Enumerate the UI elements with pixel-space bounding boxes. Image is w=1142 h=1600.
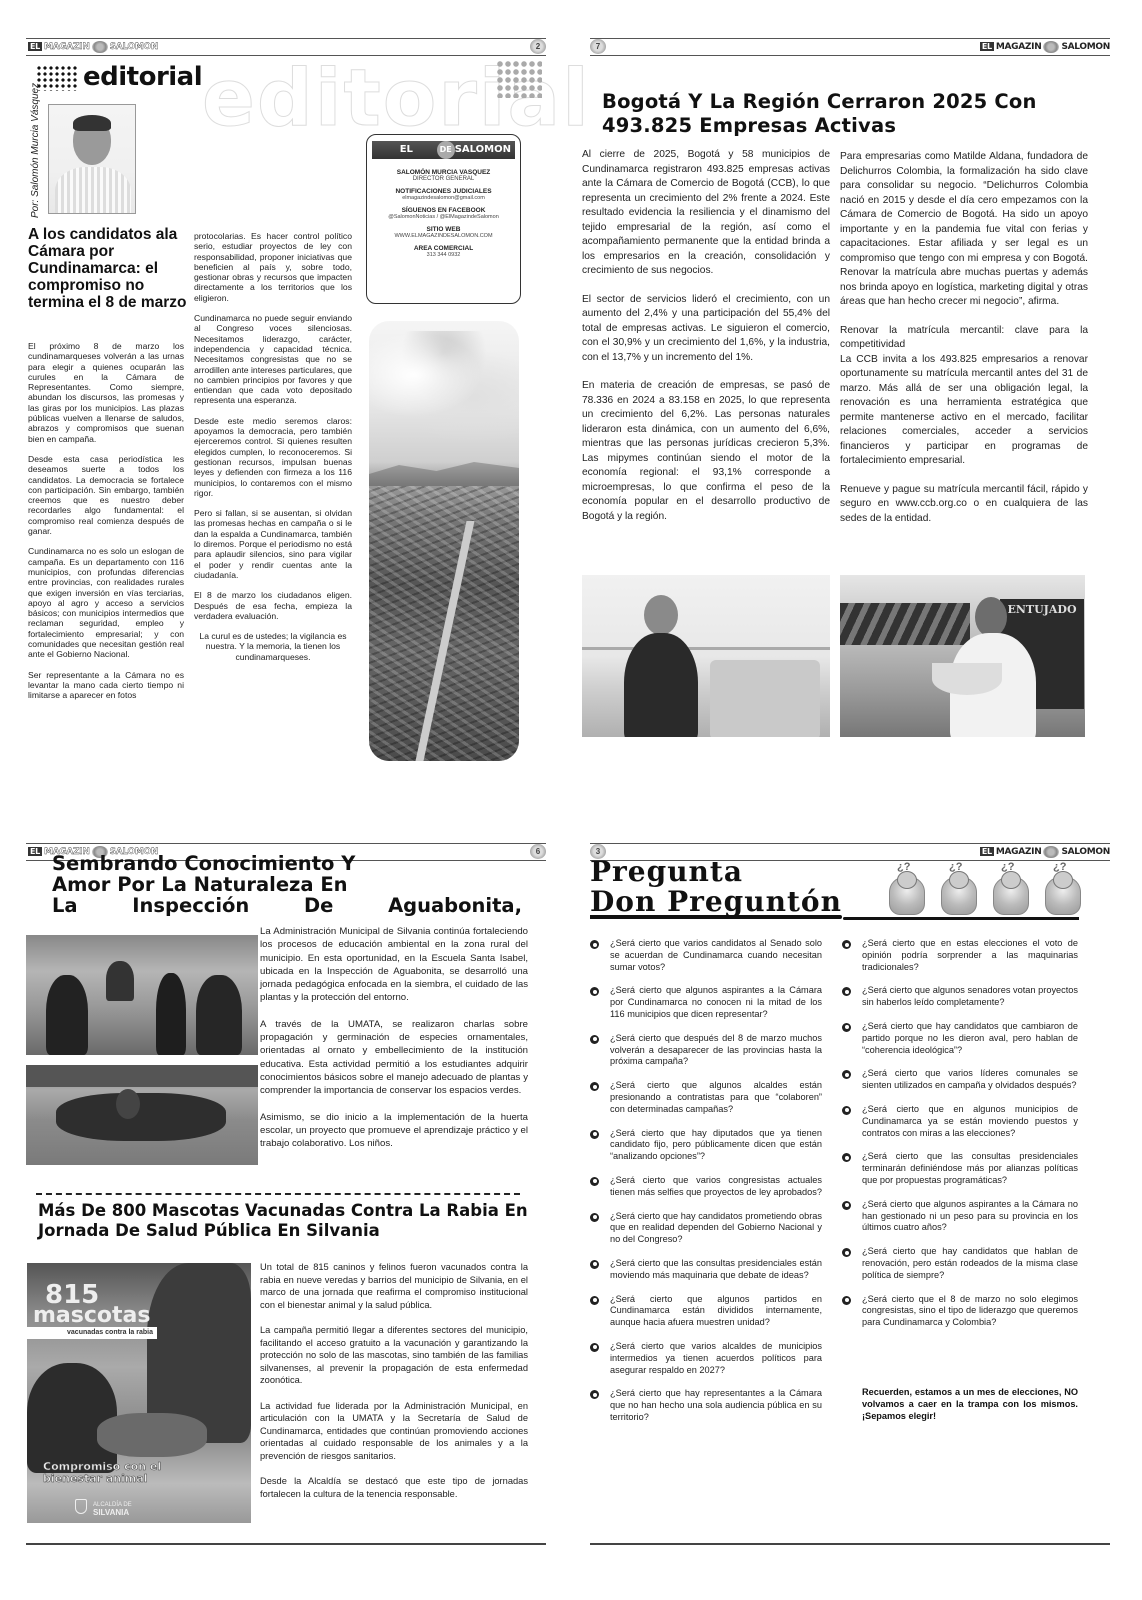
bullet-icon	[590, 1343, 599, 1352]
logo-wheel-icon	[1043, 41, 1059, 53]
monkey-icon: ¿?	[989, 861, 1033, 917]
municipal-shield-icon	[75, 1499, 87, 1514]
question-item: ¿Será cierto que varios congresistas act…	[590, 1175, 822, 1199]
logo-wheel-icon	[92, 41, 108, 53]
question-item: ¿Será cierto que las consultas presidenc…	[590, 1258, 822, 1282]
question-item: ¿Será cierto que varios líderes comunale…	[842, 1068, 1078, 1092]
bullet-icon	[590, 1035, 599, 1044]
contact-email-link[interactable]: elmagazindesalomon@gmail.com	[372, 195, 515, 201]
pet-vaccination-photo: 815 mascotas vacunadas contra la rabia C…	[27, 1263, 251, 1523]
logo-wheel-icon	[1043, 846, 1059, 858]
question-item: ¿Será cierto que hay candidatos que camb…	[842, 1021, 1078, 1056]
editorial-headline: A los candidatos ala Cámara por Cundinam…	[28, 226, 188, 311]
commercial-phone: 313 344 0932	[372, 252, 515, 258]
question-item: ¿Será cierto que algunos partidos en Cun…	[590, 1294, 822, 1329]
questions-list-1: ¿Será cierto que varios candidatos al Se…	[590, 938, 822, 1436]
business-column-2: Para empresarias como Matilde Aldana, fu…	[840, 150, 1088, 540]
byline: Por: Salomón Murcia Vásquez	[30, 108, 44, 218]
bullet-icon	[590, 987, 599, 996]
question-item: ¿Será cierto que algunos aspirantes a la…	[842, 1199, 1078, 1234]
page-bottom-rule	[590, 1543, 1110, 1545]
questions-list-2: ¿Será cierto que en estas elecciones el …	[842, 938, 1078, 1341]
entrepreneur-photo-1	[582, 575, 830, 737]
bullet-icon	[842, 1023, 851, 1032]
page-bottom-rule	[26, 1543, 546, 1545]
question-item: ¿Será cierto que hay candidatos que habl…	[842, 1246, 1078, 1281]
bullet-icon	[590, 940, 599, 949]
masthead-box: EL MAGAZIN DE SALOMON SALOMÓN MURCIA VAS…	[366, 134, 521, 304]
magazine-logo: EL MAGAZIN SALOMON	[28, 40, 158, 53]
dots-decoration-icon	[496, 60, 542, 98]
municipal-news-page: EL MAGAZIN SALOMON 6 Sembrando Conocimie…	[26, 843, 546, 1583]
question-item: ¿Será cierto que algunos aspirantes a la…	[590, 985, 822, 1020]
title-underline	[590, 915, 842, 919]
dots-decoration-icon	[36, 65, 78, 91]
students-planting-photo	[26, 935, 258, 1055]
outdoor-class-photo	[26, 1065, 258, 1165]
page-header-bar: 7 EL MAGAZIN SALOMON	[590, 38, 1110, 56]
question-item: ¿Será cierto que en algunos municipios d…	[842, 1104, 1078, 1139]
editorial-column-1: El próximo 8 de marzo los cundinamarques…	[28, 341, 184, 711]
section-divider	[36, 1193, 520, 1195]
section-title: editorial	[83, 62, 202, 92]
bullet-icon	[842, 940, 851, 949]
aguabonita-headline: Sembrando Conocimiento Y Amor Por La Nat…	[52, 853, 522, 916]
closing-call-to-action: Recuerden, estamos a un mes de eleccione…	[862, 1387, 1078, 1422]
question-item: ¿Será cierto que algunos senadores votan…	[842, 985, 1078, 1009]
question-item: ¿Será cierto que varios alcaldes de muni…	[590, 1341, 822, 1376]
business-column-1: Al cierre de 2025, Bogotá y 58 municipio…	[582, 148, 830, 538]
masthead-logo: EL MAGAZIN DE SALOMON	[372, 141, 515, 159]
bullet-icon	[842, 1201, 851, 1210]
business-page: 7 EL MAGAZIN SALOMON Bogotá Y La Región …	[590, 38, 1110, 778]
facebook-link[interactable]: @SalomonNoticias / @ElMagazindeSalomon	[372, 214, 515, 220]
bullet-icon	[590, 1213, 599, 1222]
questions-title: Pregunta Don Preguntón	[590, 857, 842, 917]
question-item: ¿Será cierto que hay representantes a la…	[590, 1388, 822, 1423]
pets-vaccination-headline: Más De 800 Mascotas Vacunadas Contra La …	[38, 1201, 528, 1241]
thinking-monkeys-illustration: ¿? ¿? ¿? ¿?	[885, 861, 1085, 917]
bullet-icon	[842, 1153, 851, 1162]
bullet-icon	[590, 1082, 599, 1091]
website-link[interactable]: WWW.ELMAGAZINDESALOMON.COM	[372, 233, 515, 239]
question-item: ¿Será cierto que hay candidatos prometie…	[590, 1211, 822, 1246]
questions-page: 3 EL MAGAZIN SALOMON Pregunta Don Pregun…	[590, 843, 1110, 1583]
question-item: ¿Será cierto que hay diputados que ya ti…	[590, 1128, 822, 1163]
question-item: ¿Será cierto que algunos alcaldes están …	[590, 1080, 822, 1115]
title-rule	[843, 917, 1079, 920]
question-item: ¿Será cierto que en estas elecciones el …	[842, 938, 1078, 973]
bullet-icon	[842, 1070, 851, 1079]
editorial-page: EL MAGAZIN SALOMON 2 editorial editorial…	[26, 38, 546, 778]
page-number-badge: 2	[530, 39, 546, 54]
question-item: ¿Será cierto que varios candidatos al Se…	[590, 938, 822, 973]
alcaldia-logo: ALCALDÍA DE SILVANIA	[93, 1501, 132, 1517]
bullet-icon	[842, 1296, 851, 1305]
business-headline: Bogotá Y La Región Cerraron 2025 Con 493…	[602, 90, 1102, 138]
pets-article-body: Un total de 815 caninos y felinos fueron…	[260, 1261, 528, 1513]
bullet-icon	[842, 987, 851, 996]
magazine-logo: EL MAGAZIN SALOMON	[980, 845, 1110, 858]
bullet-icon	[590, 1177, 599, 1186]
page-number-badge: 7	[590, 39, 606, 54]
page-number-badge: 6	[530, 844, 546, 859]
editorial-column-2: protocolarias. Es hacer control político…	[194, 231, 352, 672]
question-item: ¿Será cierto que después del 8 de marzo …	[590, 1033, 822, 1068]
photo-tagline: Compromiso con el bienestar animal	[43, 1461, 161, 1485]
magazine-logo: EL MAGAZIN SALOMON	[980, 40, 1110, 53]
monkey-icon: ¿?	[885, 861, 929, 917]
bullet-icon	[590, 1390, 599, 1399]
bullet-icon	[590, 1130, 599, 1139]
monkey-icon: ¿?	[937, 861, 981, 917]
author-photo	[48, 104, 136, 214]
bullet-icon	[590, 1260, 599, 1269]
bullet-icon	[842, 1106, 851, 1115]
question-item: ¿Será cierto que el 8 de marzo no solo e…	[842, 1294, 1078, 1329]
aguabonita-article-body: La Administración Municipal de Silvania …	[260, 925, 528, 1163]
entrepreneur-photo-2: ENTUJADO	[840, 575, 1085, 737]
monkey-icon: ¿?	[1041, 861, 1085, 917]
bullet-icon	[590, 1296, 599, 1305]
city-aerial-photo	[369, 321, 519, 761]
bullet-icon	[842, 1248, 851, 1257]
question-item: ¿Será cierto que las consultas presidenc…	[842, 1151, 1078, 1186]
